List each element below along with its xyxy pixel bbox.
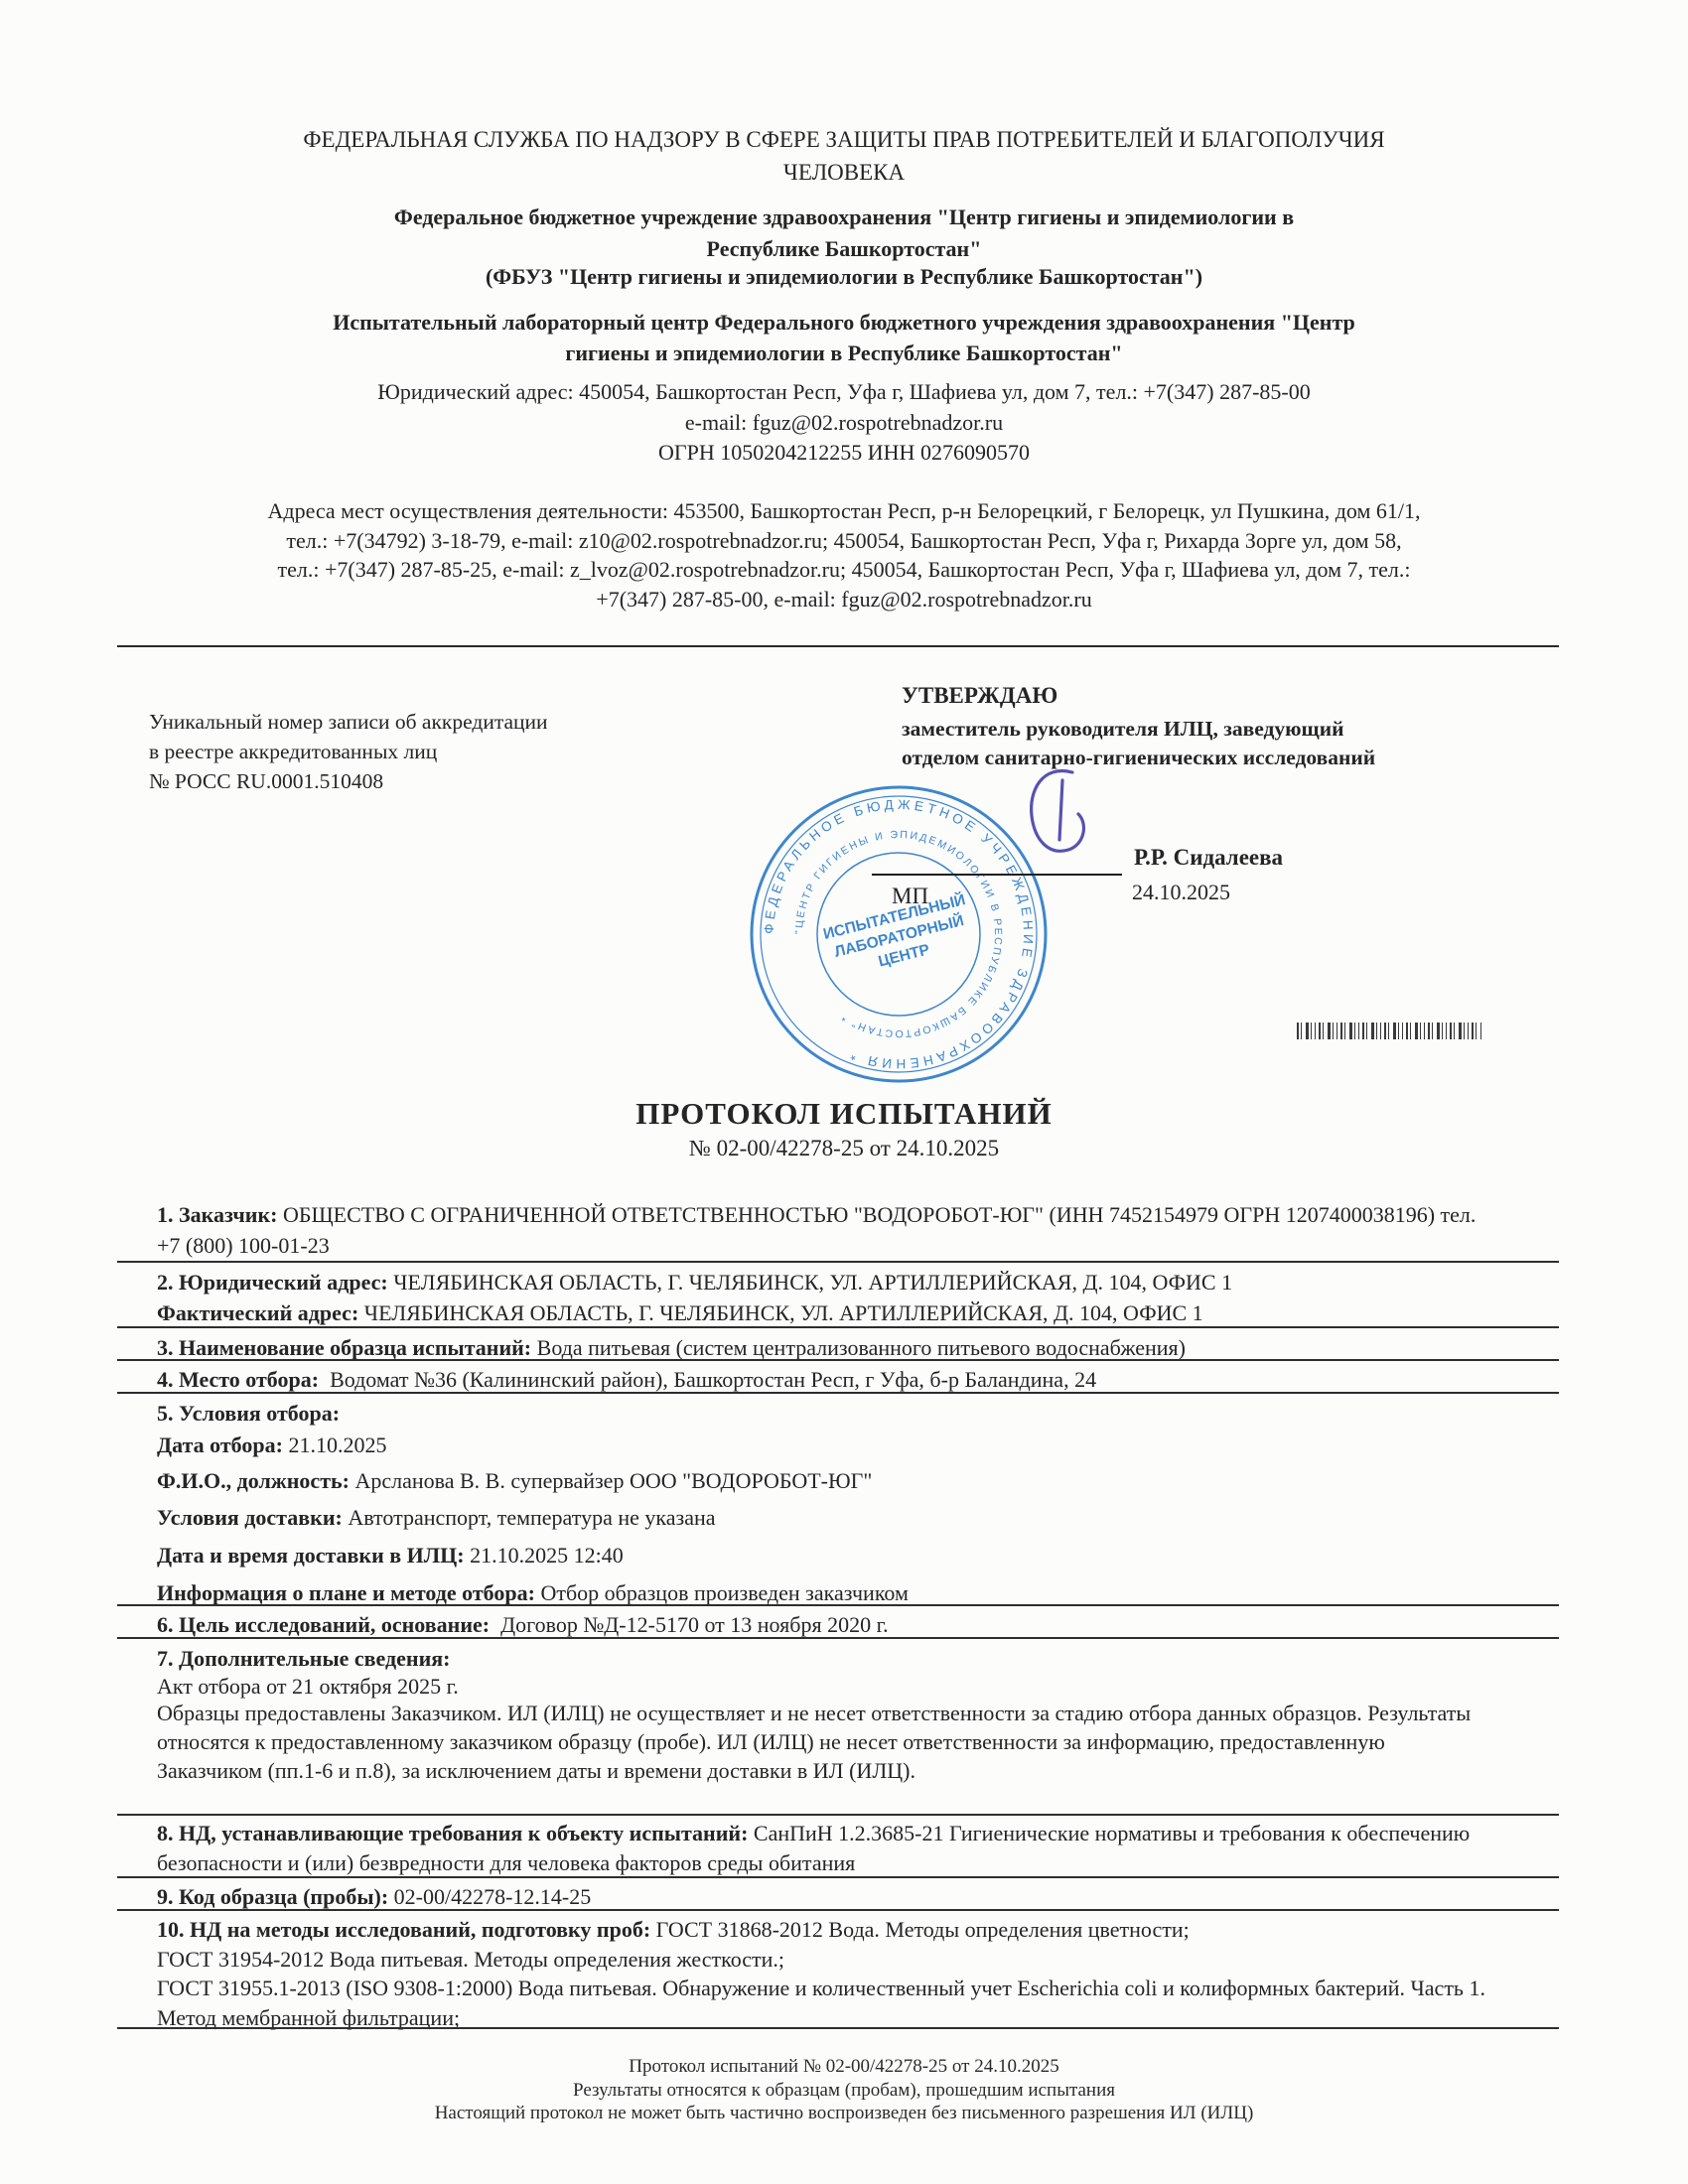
item-additional-line2: Образцы предоставлены Заказчиком. ИЛ (ИЛ… (157, 1699, 1495, 1785)
footer-protocol-ref: Протокол испытаний № 02-00/42278-25 от 2… (0, 2056, 1688, 2078)
approval-block: УТВЕРЖДАЮ заместитель руководителя ИЛЦ, … (902, 683, 1375, 772)
item-nd-methods-line3: ГОСТ 31955.1-2013 (ISO 9308-1:2000) Вода… (157, 1974, 1495, 2032)
legal-address: Юридический адрес: 450054, Башкортостан … (0, 379, 1688, 405)
org-short-name: (ФБУЗ "Центр гигиены и эпидемиологии в Р… (0, 264, 1688, 290)
org-full-name: Федеральное бюджетное учреждение здравоо… (352, 202, 1336, 265)
row-divider (117, 1392, 1559, 1394)
row-divider (117, 1604, 1559, 1606)
header-divider (117, 645, 1559, 647)
item-actual-address: Фактический адрес: ЧЕЛЯБИНСКАЯ ОБЛАСТЬ, … (157, 1297, 1495, 1328)
approver-position-line2: отделом санитарно-гигиенических исследов… (902, 744, 1375, 772)
item-nd-methods: 10. НД на методы исследований, подготовк… (157, 1915, 1495, 2032)
mp-mark: МП (892, 884, 928, 909)
lab-center-name: Испытательный лабораторный центр Федерал… (328, 307, 1360, 368)
accreditation-number: № РОСС RU.0001.510408 (149, 766, 548, 796)
approver-position-line1: заместитель руководителя ИЛЦ, заведующий (902, 715, 1375, 744)
item-legal-address-label: 2. Юридический адрес: (157, 1270, 388, 1295)
row-divider (117, 1876, 1559, 1878)
accreditation-block: Уникальный номер записи об аккредитации … (149, 707, 548, 796)
item-actual-address-label: Фактический адрес: (157, 1300, 358, 1325)
item-sampling-place-value: Водомат №36 (Калининский район), Башкорт… (330, 1367, 1096, 1392)
activity-addresses-wrap: Адреса мест осуществления деятельности: … (0, 496, 1688, 614)
item-sample-name-label: 3. Наименование образца испытаний: (157, 1335, 531, 1360)
item-actual-address-value: ЧЕЛЯБИНСКАЯ ОБЛАСТЬ, Г. ЧЕЛЯБИНСК, УЛ. А… (364, 1300, 1203, 1325)
lab-center-name-wrap: Испытательный лабораторный центр Федерал… (0, 307, 1688, 368)
item-nd-requirements: 8. НД, устанавливающие требования к объе… (157, 1819, 1495, 1878)
row-divider (117, 1326, 1559, 1328)
approval-title: УТВЕРЖДАЮ (902, 683, 1375, 709)
row-divider (117, 1909, 1559, 1911)
item-sampler-value: Арсланова В. В. супервайзер ООО "ВОДОРОБ… (354, 1468, 872, 1493)
item-delivery-datetime: Дата и время доставки в ИЛЦ: 21.10.2025 … (157, 1540, 1495, 1570)
item-purpose-value: Договор №Д-12-5170 от 13 ноября 2020 г. (500, 1612, 889, 1637)
item-delivery-conditions-value: Автотранспорт, температура не указана (348, 1505, 715, 1530)
ogrn-inn: ОГРН 1050204212255 ИНН 0276090570 (0, 440, 1688, 466)
item-sampler: Ф.И.О., должность: Арсланова В. В. супер… (157, 1465, 1495, 1496)
protocol-title: ПРОТОКОЛ ИСПЫТАНИЙ (0, 1096, 1688, 1132)
item-purpose: 6. Цель исследований, основание: Договор… (157, 1609, 1495, 1640)
item-nd-requirements-label: 8. НД, устанавливающие требования к объе… (157, 1821, 748, 1845)
barcode (1297, 1023, 1481, 1039)
item-sample-code-value: 02-00/42278-12.14-25 (394, 1884, 592, 1909)
item-sampling-date-label: Дата отбора: (157, 1433, 283, 1457)
federal-service-line1: ФЕДЕРАЛЬНАЯ СЛУЖБА ПО НАДЗОРУ В СФЕРЕ ЗА… (0, 127, 1688, 153)
item-sample-code-label: 9. Код образца (пробы): (157, 1884, 388, 1909)
row-divider (117, 1814, 1559, 1816)
scanned-protocol-page: ФЕДЕРАЛЬНАЯ СЛУЖБА ПО НАДЗОРУ В СФЕРЕ ЗА… (0, 0, 1688, 2184)
handwritten-signature (1011, 762, 1120, 880)
item-legal-address-value: ЧЕЛЯБИНСКАЯ ОБЛАСТЬ, Г. ЧЕЛЯБИНСК, УЛ. А… (393, 1270, 1232, 1295)
item-sample-name-value: Вода питьевая (систем централизованного … (537, 1335, 1186, 1360)
item-sample-code: 9. Код образца (пробы): 02-00/42278-12.1… (157, 1881, 1495, 1912)
item-legal-address: 2. Юридический адрес: ЧЕЛЯБИНСКАЯ ОБЛАСТ… (157, 1267, 1495, 1297)
item-sampling-plan-value: Отбор образцов произведен заказчиком (540, 1580, 908, 1605)
item-sampling-date-value: 21.10.2025 (288, 1433, 386, 1457)
item-nd-methods-line2: ГОСТ 31954-2012 Вода питьевая. Методы оп… (157, 1945, 1495, 1975)
item-customer-value: ОБЩЕСТВО С ОГРАНИЧЕННОЙ ОТВЕТСТВЕННОСТЬЮ… (157, 1202, 1476, 1258)
item-additional-line1: Акт отбора от 21 октября 2025 г. (157, 1671, 1495, 1702)
row-divider (117, 1359, 1559, 1361)
federal-service-line2: ЧЕЛОВЕКА (0, 160, 1688, 186)
item-delivery-conditions: Условия доставки: Автотранспорт, темпера… (157, 1502, 1495, 1533)
activity-addresses: Адреса мест осуществления деятельности: … (266, 496, 1423, 614)
item-delivery-datetime-value: 21.10.2025 12:40 (470, 1543, 624, 1568)
signature-line (872, 874, 1122, 876)
signer-name: Р.Р. Сидалеева (1134, 845, 1283, 871)
item-sampler-label: Ф.И.О., должность: (157, 1468, 350, 1493)
org-email: e-mail: fguz@02.rospotrebnadzor.ru (0, 410, 1688, 436)
footer-reproduction-note: Настоящий протокол не может быть частичн… (0, 2103, 1688, 2124)
footer-results-note: Результаты относятся к образцам (пробам)… (0, 2080, 1688, 2102)
item-additional-label: 7. Дополнительные сведения: (157, 1643, 1495, 1674)
row-divider (117, 1637, 1559, 1639)
item-sampling-place-label: 4. Место отбора: (157, 1367, 319, 1392)
item-purpose-label: 6. Цель исследований, основание: (157, 1612, 490, 1637)
item-sampling-conditions: 5. Условия отбора: (157, 1398, 1495, 1429)
protocol-number: № 02-00/42278-25 от 24.10.2025 (0, 1136, 1688, 1161)
org-full-name-wrap: Федеральное бюджетное учреждение здравоо… (0, 202, 1688, 265)
item-customer-label: 1. Заказчик: (157, 1202, 277, 1227)
stamp-seal: ФЕДЕРАЛЬНОЕ БЮДЖЕТНОЕ УЧРЕЖДЕНИЕ ЗДРАВОО… (747, 782, 1051, 1086)
item-customer: 1. Заказчик: ОБЩЕСТВО С ОГРАНИЧЕННОЙ ОТВ… (157, 1199, 1495, 1261)
item-delivery-datetime-label: Дата и время доставки в ИЛЦ: (157, 1543, 465, 1568)
accreditation-line1: Уникальный номер записи об аккредитации (149, 707, 548, 737)
item-sampling-place: 4. Место отбора: Водомат №36 (Калинински… (157, 1364, 1495, 1395)
approval-date: 24.10.2025 (1132, 880, 1230, 905)
item-nd-methods-label: 10. НД на методы исследований, подготовк… (157, 1917, 650, 1942)
accreditation-line2: в реестре аккредитованных лиц (149, 737, 548, 766)
row-divider (117, 1261, 1559, 1263)
item-nd-methods-value: ГОСТ 31868-2012 Вода. Методы определения… (656, 1917, 1190, 1942)
item-sampling-plan-label: Информация о плане и методе отбора: (157, 1580, 535, 1605)
item-sampling-date: Дата отбора: 21.10.2025 (157, 1430, 1495, 1460)
row-divider (117, 2027, 1559, 2029)
item-delivery-conditions-label: Условия доставки: (157, 1505, 343, 1530)
